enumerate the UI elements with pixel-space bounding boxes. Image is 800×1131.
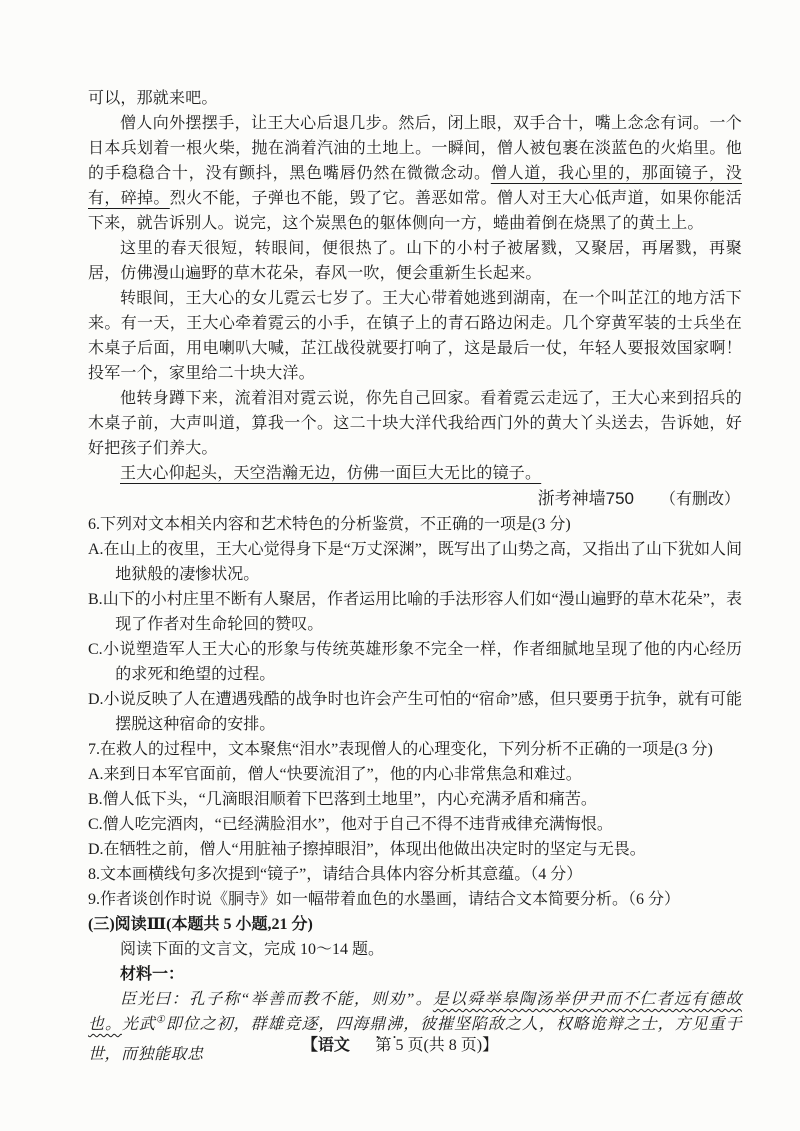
page-content: 可以，那就来吧。 僧人向外摆摆手，让王大心后退几步。然后，闭上眼，双手合十，嘴上… xyxy=(88,86,742,1067)
footer-subject: 【语文 xyxy=(302,1037,350,1054)
question-9: 9.作者谈创作时说《胴寺》如一幅带着血色的水墨画，请结合文本简要分析。（6 分） xyxy=(88,887,742,912)
classical-text: 即位之初，群雄竞逐，四海 xyxy=(166,1016,370,1033)
section-3-heading: (三)阅读Ⅲ(本题共 5 小题,21 分) xyxy=(88,912,742,937)
question-6-stem: 6.下列对文本相关内容和艺术特色的分析鉴赏，不正确的一项是(3 分) xyxy=(88,512,742,537)
classical-text: 光武 xyxy=(122,1016,156,1033)
question-7-option-b: B.僧人低下头，“几滴眼泪顺着下巴落到土地里”，内心充满矛盾和痛苦。 xyxy=(88,787,742,812)
story-text: 这里的春天很短，转眼间，便很热了。山下的小村子被屠戮，又聚居，再屠戮，再聚居，仿… xyxy=(88,240,742,282)
question-6-option-a: A.在山上的夜里，王大心觉得身下是“万丈深渊”，既写出了山势之高，又指出了山下犹… xyxy=(88,537,742,587)
page-footer: 【语文第 5 页(共 8 页)】 xyxy=(0,1032,800,1055)
story-paragraph-spring: 这里的春天很短，转眼间，便很热了。山下的小村子被屠戮，又聚居，再屠戮，再聚居，仿… xyxy=(88,236,742,286)
question-6-option-d: D.小说反映了人在遭遇残酷的战争时也许会产生可怕的“宿命”感，但只要勇于抗争，就… xyxy=(88,687,742,737)
question-7-option-a: A.来到日本军官面前，僧人“快要流泪了”，他的内心非常焦急和难过。 xyxy=(88,762,742,787)
story-text: 他转身蹲下来，流着泪对霓云说，你先自己回家。看着霓云走远了，王大心来到招兵的木桌… xyxy=(88,390,742,457)
section-3-intro: 阅读下面的文言文，完成 10～14 题。 xyxy=(88,937,742,962)
credit-row: 浙考神墙750 （有删改） xyxy=(88,486,742,512)
story-paragraph-ending: 王大心仰起头，天空浩瀚无边，仿佛一面巨大无比的镜子。 xyxy=(88,461,742,486)
story-paragraph-daughter: 转眼间，王大心的女儿霓云七岁了。王大心带着她逃到湖南，在一个叫芷江的地方活下来。… xyxy=(88,286,742,386)
classical-material-paragraph: 臣光曰：孔子称“举善而教不能，则劝”。是以舜举皋陶汤举伊尹而不仁者远有德故也。光… xyxy=(88,987,742,1067)
watermark-text: 浙考神墙750 xyxy=(538,486,634,511)
underlined-sentence-mirror-2: 王大心仰起头，天空浩瀚无边，仿佛一面巨大无比的镜子。 xyxy=(120,465,541,482)
question-7-option-c: C.僧人吃完酒肉，“已经满脸泪水”，他对于自己不得不违背戒律充满悔恨。 xyxy=(88,812,742,837)
emphasized-word-dingfei: 鼎沸 xyxy=(369,1016,403,1033)
question-6-option-b: B.山下的小村庄里不断有人聚居，作者运用比喻的手法形容人们如“漫山遍野的草木花朵… xyxy=(88,587,742,637)
story-paragraph-continuation: 可以，那就来吧。 xyxy=(88,86,742,111)
question-6-option-c: C.小说塑造军人王大心的形象与传统英雄形象不完全一样，作者细腻地呈现了他的内心经… xyxy=(88,637,742,687)
question-7-stem: 7.在救人的过程中，文本聚焦“泪水”表现僧人的心理变化，下列分析不正确的一项是(… xyxy=(88,737,742,762)
story-paragraph-monk: 僧人向外摆摆手，让王大心后退几步。然后，闭上眼，双手合十，嘴上念念有词。一个日本… xyxy=(88,111,742,236)
story-text: 可以，那就来吧。 xyxy=(88,90,218,107)
footer-page-number: 第 5 页(共 8 页)】 xyxy=(375,1037,498,1054)
story-paragraph-enlist: 他转身蹲下来，流着泪对霓云说，你先自己回家。看着霓云走远了，王大心来到招兵的木桌… xyxy=(88,386,742,461)
footnote-marker-1: ① xyxy=(156,1015,166,1026)
question-8: 8.文本画横线句多次提到“镜子”，请结合具体内容分析其意蕴。（4 分） xyxy=(88,862,742,887)
story-text: 烈火不能，子弹也不能，毁了它。善恶如常。僧人对王大心低声道，如果你能活下来，就告… xyxy=(88,190,742,232)
material-1-label: 材料一： xyxy=(88,962,742,987)
question-7-option-d: D.在牺牲之前，僧人“用脏袖子擦掉眼泪”，体现出他做出决定时的坚定与无畏。 xyxy=(88,837,742,862)
exam-page: 可以，那就来吧。 僧人向外摆摆手，让王大心后退几步。然后，闭上眼，双手合十，嘴上… xyxy=(0,0,800,1131)
classical-text: 臣光曰：孔子称“举善而教不能，则劝”。 xyxy=(120,991,433,1008)
story-text: 转眼间，王大心的女儿霓云七岁了。王大心带着她逃到湖南，在一个叫芷江的地方活下来。… xyxy=(88,290,742,382)
source-note: （有删改） xyxy=(660,487,740,512)
